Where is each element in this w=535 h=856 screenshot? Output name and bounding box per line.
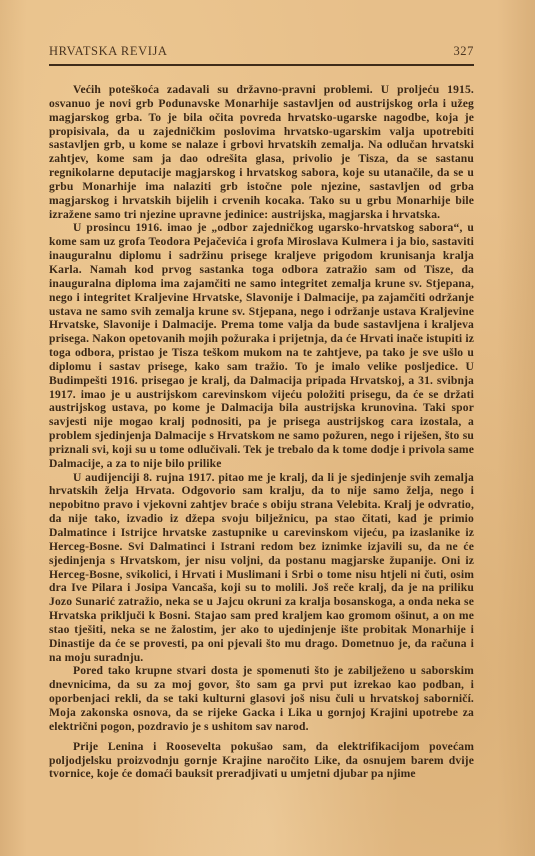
paragraph: Prije Lenina i Roosevelta pokušao sam, d… — [49, 740, 474, 782]
journal-title: HRVATSKA REVIJA — [49, 44, 168, 59]
body-text: Većih poteškoća zadavali su državno-prav… — [49, 83, 474, 781]
paragraph: Većih poteškoća zadavali su državno-prav… — [49, 83, 474, 221]
paragraph: U audijenciji 8. rujna 1917. pitao me je… — [49, 471, 474, 665]
book-page: HRVATSKA REVIJA 327 Većih poteškoća zada… — [0, 0, 535, 856]
paragraph: Pored tako krupne stvari dosta je spomen… — [49, 664, 474, 733]
page-number: 327 — [453, 44, 474, 59]
paragraph: U prosincu 1916. imao je „odbor zajednič… — [49, 221, 474, 470]
running-head: HRVATSKA REVIJA 327 — [49, 44, 474, 59]
header-rule — [49, 64, 474, 66]
